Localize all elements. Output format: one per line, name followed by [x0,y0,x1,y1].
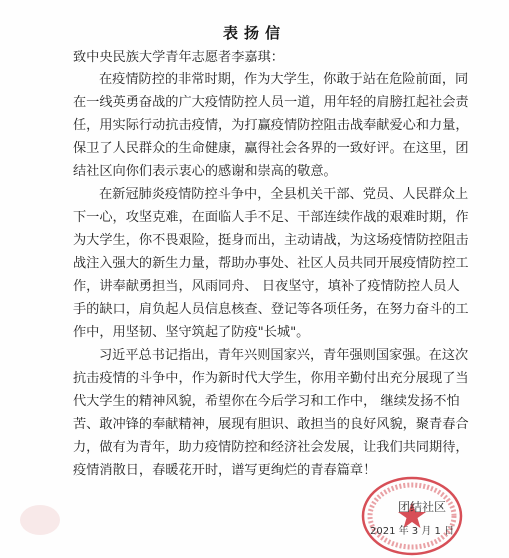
body-line: 代大学生的精神风貌，希望你在今后学习和工作中， 继续发扬不怕 [73,392,448,412]
body-line: 为大学生，你不畏艰险，挺身而出，主动请战，为这场疫情防控阻击 [73,231,448,251]
body-line: 保卫了人民群众的生命健康，赢得社会各界的一致好评。在这里，团 [73,139,448,159]
stamp-seal-icon [360,476,464,556]
body-line: 苦、敢冲锋的奉献精神，展现有胆识、敢担当的良好风貌，聚青春合 [73,415,448,435]
salutation: 致中央民族大学青年志愿者李嘉琪： [73,48,448,68]
body-line: 力，做有为青年，助力疫情防控和经济社会发展，让我们共同期待， [73,438,448,458]
body-line: 战注入强大的新生力量，帮助办事处、社区人员共同开展疫情防控工 [73,254,448,274]
body-line: 在疫情防控的非常时期，作为大学生，你敢于站在危险前面，同 [99,70,448,90]
body-line: 抗击疫情的斗争中，作为新时代大学生，你用辛勤付出充分展现了当 [73,369,448,389]
body-line: 作，讲奉献勇担当，风雨同舟、 日夜坚守，填补了疫情防控人员人 [73,277,448,297]
official-stamp: 团结社区 2021 年 3 月 1 日 [360,476,464,556]
signature-organization: 团结社区 [398,498,446,515]
body-line: 在新冠肺炎疫情防控斗争中，全县机关干部、党员、人民群众上 [99,185,448,205]
body-line: 在一线英勇奋战的广大疫情防控人员一道，用年轻的肩膀扛起社会责 [73,93,448,113]
body-line: 手的缺口，肩负起人员信息核查、登记等各项任务，在努力奋斗的工 [73,300,448,320]
body-line: 作中，用坚韧、坚守筑起了防疫"长城"。 [73,323,448,343]
body-line: 下一心，攻坚克难，在面临人手不足、干部连续作战的艰难时期，作 [73,208,448,228]
signature-date: 2021 年 3 月 1 日 [370,522,454,537]
body-line: 任，用实际行动抗击疫情，为打赢疫情防控阻击战奉献爱心和力量， [73,116,448,136]
scan-smudge [20,505,60,535]
letter-page: 表扬信 致中央民族大学青年志愿者李嘉琪： 在疫情防控的非常时期，作为大学生，你敢… [0,0,509,558]
body-line: 结社区向你们表示衷心的感谢和崇高的敬意。 [73,162,448,182]
document-title: 表扬信 [0,22,509,43]
body-line: 习近平总书记指出，青年兴则国家兴，青年强则国家强。在这次 [99,346,448,366]
